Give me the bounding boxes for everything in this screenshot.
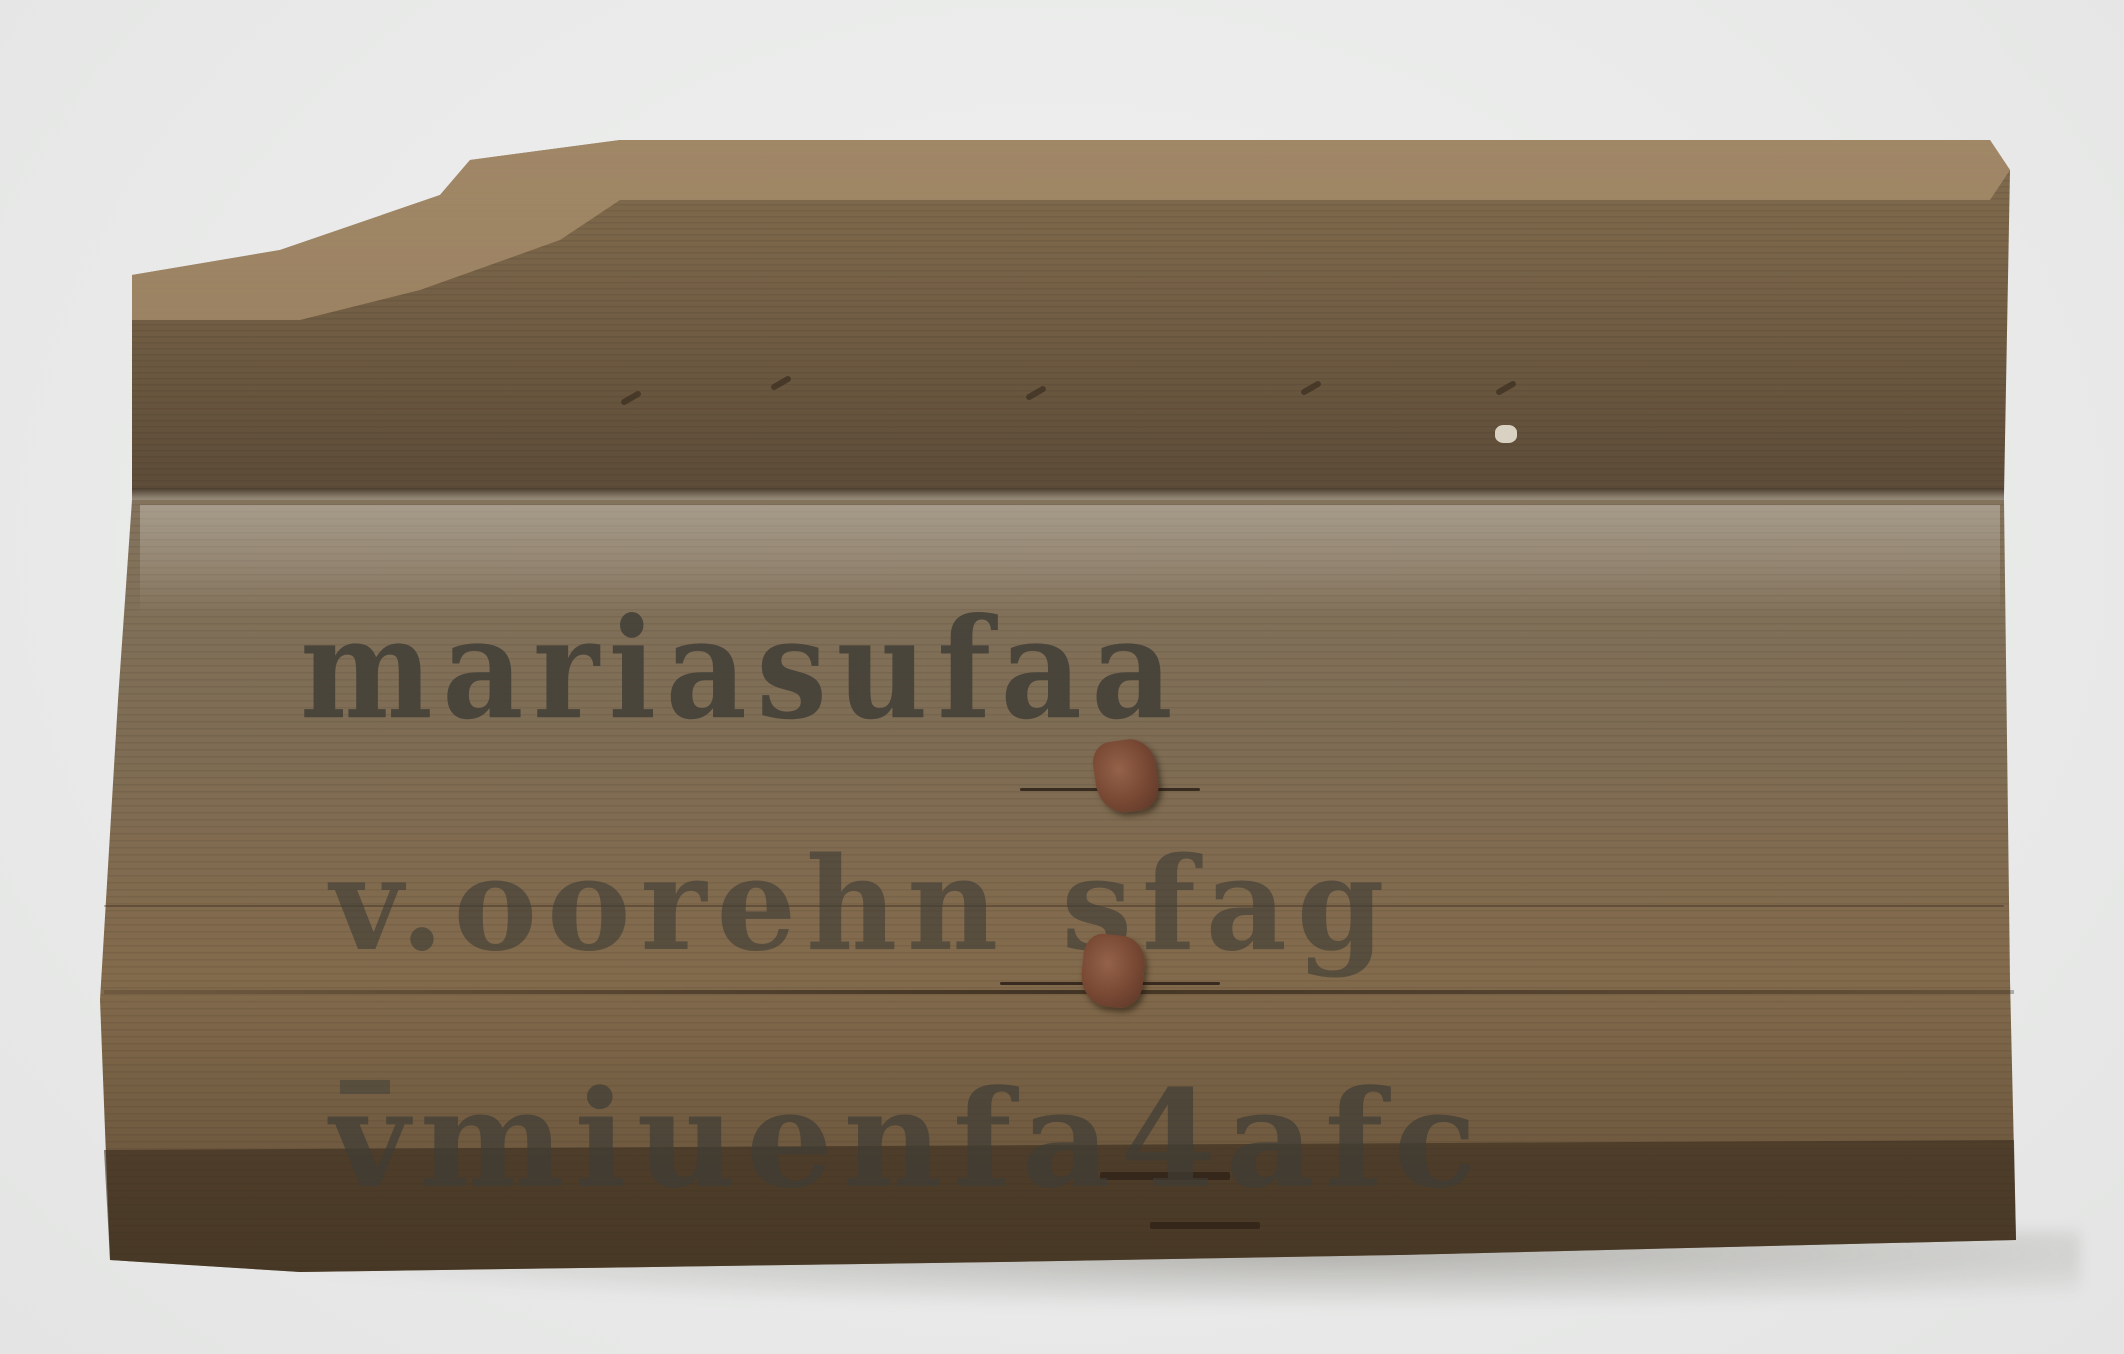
inscription-line-2: v.oorehn sfag [330,830,1394,980]
crack [1150,1222,1260,1229]
wooden-board: mariasufaa v.oorehn sfag vmiuenfa4afc [0,0,2124,1354]
wood-chip [1495,425,1517,443]
inscription-line-1: mariasufaa [300,588,1182,751]
inscription-line-3: vmiuenfa4afc [330,1060,1487,1218]
board-seam [104,990,2014,994]
